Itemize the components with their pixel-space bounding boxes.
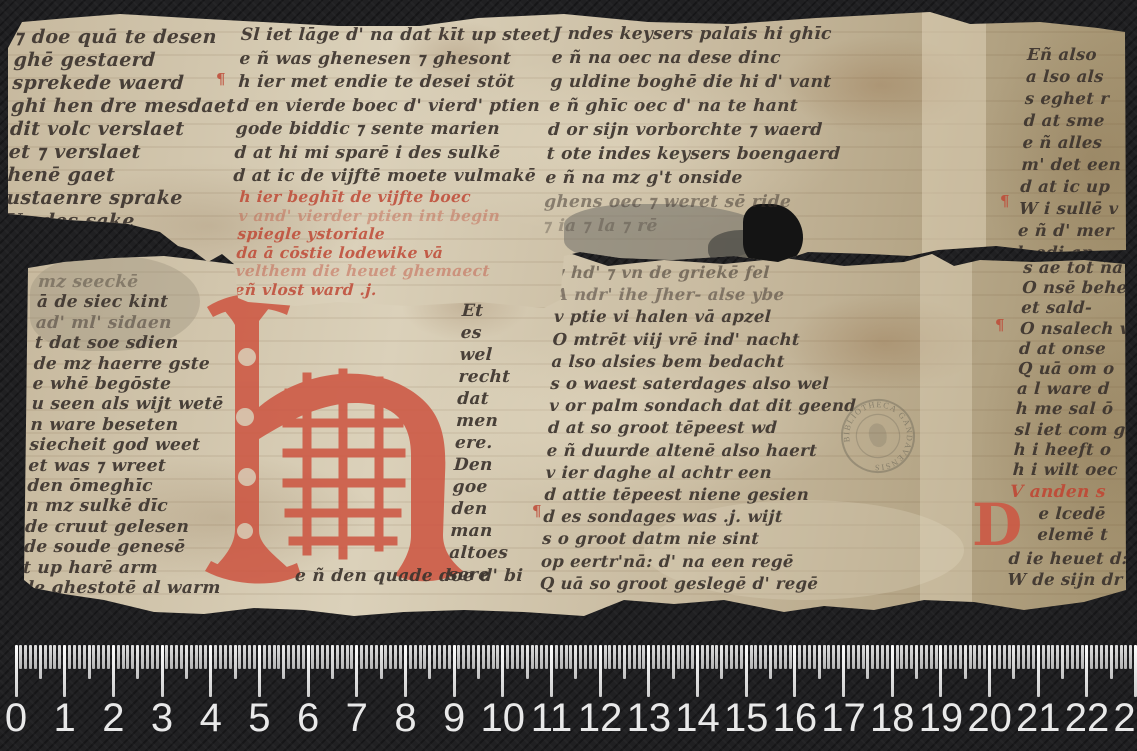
ruler-tick [638, 645, 641, 669]
text-line: h ier beghīt de vijfte boec [239, 188, 502, 207]
ruler-tick [735, 645, 738, 669]
ruler-number: 15 [724, 696, 769, 740]
ruler-tick [457, 645, 460, 669]
ruler-tick [126, 645, 129, 669]
text-line: d at sme [1023, 110, 1124, 132]
text-line: et ⁊ verslaet [8, 141, 234, 164]
ruler-tick [73, 645, 76, 669]
ruler-tick [589, 645, 592, 669]
ruler-tick [302, 645, 305, 669]
text-line: e ñ d' mer [1017, 220, 1118, 242]
ruler-tick [769, 645, 772, 679]
ruler-tick [740, 645, 743, 669]
ruler-tick [122, 645, 125, 669]
ruler-tick [594, 645, 597, 669]
text-line: d attie tēpeest niene gesien [544, 484, 852, 506]
ruler-tick [604, 645, 607, 669]
ruler-number: 18 [870, 696, 915, 740]
ruler-tick [978, 645, 981, 669]
ruler-tick [1076, 645, 1079, 669]
ruler-tick [837, 645, 840, 669]
text-line: t up harē arm [23, 558, 223, 578]
ruler-tick [29, 645, 32, 669]
text-line: e lcedē [1038, 503, 1110, 524]
ruler-tick [993, 645, 996, 669]
ruler-tick [234, 645, 237, 679]
ruler-tick [97, 645, 100, 669]
ruler-tick [672, 645, 675, 679]
text-line: v and' vierder ptien int begin [238, 207, 501, 226]
ruler-tick [199, 645, 202, 669]
ruler-tick [535, 645, 538, 669]
ruler-tick [350, 645, 353, 669]
ruler-tick [930, 645, 933, 669]
ruler-tick [618, 645, 621, 669]
ruler-tick [394, 645, 397, 669]
text-line: e ñ duurde altenē also haert [546, 440, 854, 462]
ruler-tick [438, 645, 441, 669]
ruler-tick [944, 645, 947, 669]
ruler-tick [112, 645, 115, 697]
ruler-tick [370, 645, 373, 669]
ruler-tick [253, 645, 256, 669]
ruler-tick [224, 645, 227, 669]
paraph-mark: ¶ [995, 316, 1005, 334]
ruler-tick [1017, 645, 1020, 669]
ruler-tick [277, 645, 280, 669]
rubric-line: V anden s [1009, 482, 1106, 502]
text-line: den [451, 498, 511, 520]
text-line: g uldine boghē die hi d' vant [550, 70, 845, 94]
ruler-tick [428, 645, 431, 679]
text-line: man [450, 520, 510, 542]
ruler-tick [706, 645, 709, 669]
ruler-tick [419, 645, 422, 669]
ruler-tick [1115, 645, 1118, 669]
ruler-tick [263, 645, 266, 669]
ruler-tick [175, 645, 178, 669]
ruler-tick [569, 645, 572, 669]
ruler-tick [842, 645, 845, 697]
ruler-tick [414, 645, 417, 669]
text-line: s o waest saterdages also wel [550, 373, 858, 395]
ruler-tick [53, 645, 56, 669]
text-line: Q uā om o [1017, 359, 1129, 379]
ruler-number: 1 [54, 696, 76, 740]
ruler-tick [346, 645, 349, 669]
ruler-tick [964, 645, 967, 679]
ruler-tick [156, 645, 159, 669]
text-column-after-initial: e lcedēelemē t [1037, 503, 1110, 545]
text-line: henē gaet [7, 164, 233, 187]
ruler-tick [467, 645, 470, 669]
ruler-tick [1090, 645, 1093, 669]
ruler-tick [214, 645, 217, 669]
ruler-number: 20 [967, 696, 1012, 740]
ruler-tick [1042, 645, 1045, 669]
ruler-tick [1100, 645, 1103, 669]
ruler-tick [1120, 645, 1123, 669]
ruler-tick [759, 645, 762, 669]
ruler-tick [1003, 645, 1006, 669]
ruler-tick [711, 645, 714, 669]
ruler-tick [102, 645, 105, 669]
ruler-tick [68, 645, 71, 669]
ruler-tick [238, 645, 241, 669]
text-line: d en vierde boec d' vierd' ptien [236, 95, 547, 119]
ruler-number: 7 [346, 696, 368, 740]
text-line: op eertr'nā: d' na een regē [540, 551, 848, 573]
ruler-tick [146, 645, 149, 669]
ruler-tick [560, 645, 563, 669]
text-line: e ñ na mz g't onside [545, 166, 840, 190]
ruler-tick [900, 645, 903, 669]
text-column-top-right: Eñ alsoa lso alss eghet rd at smee ñ all… [1016, 44, 1127, 264]
ruler-tick [1022, 645, 1025, 669]
text-line: spiegle ystoriale [237, 225, 500, 244]
ruler-tick [1012, 645, 1015, 679]
ruler-tick [258, 645, 261, 697]
ruler-tick [857, 645, 860, 669]
ruler-tick [151, 645, 154, 669]
text-line: altoes [449, 542, 509, 564]
ruler-tick [204, 645, 207, 669]
ruler-tick [935, 645, 938, 669]
ruler-tick [774, 645, 777, 669]
ruler-tick [613, 645, 616, 669]
text-line: s ae tot ña [1023, 258, 1135, 278]
ruler-number: 14 [675, 696, 720, 740]
ruler-tick [579, 645, 582, 669]
text-line: da ā cōstie lodewike vā [236, 244, 499, 263]
text-line: v ier daghe al achtr een [545, 462, 853, 484]
ruler-tick [720, 645, 723, 679]
ruler-tick [311, 645, 314, 669]
ruler-tick [599, 645, 602, 697]
ruler-number: 17 [821, 696, 866, 740]
text-line: Q uā so groot geslegē d' regē [539, 573, 847, 595]
ruler-tick [1129, 645, 1132, 669]
ruler-tick [526, 645, 529, 679]
ruler-tick [988, 645, 991, 697]
ruler-tick [282, 645, 285, 679]
ruler-tick [141, 645, 144, 669]
ruler-tick [779, 645, 782, 669]
ruler-tick [652, 645, 655, 669]
ruler-tick [1032, 645, 1035, 669]
ruler-tick [550, 645, 553, 697]
ruler-tick [998, 645, 1001, 669]
ruler-tick [375, 645, 378, 669]
ruler-tick [1071, 645, 1074, 669]
ruler-number: 21 [1016, 696, 1061, 740]
ruler-tick [677, 645, 680, 669]
ruler-tick [715, 645, 718, 669]
text-line: O nsalech v [1020, 319, 1132, 339]
text-line: Den [453, 454, 513, 476]
text-line: s o groot datm nie sint [542, 528, 850, 550]
ruler-tick [243, 645, 246, 669]
ruler-number: 2 [102, 696, 124, 740]
ruler-tick [433, 645, 436, 669]
ruler-tick [1027, 645, 1030, 669]
ruler-tick [789, 645, 792, 669]
text-line: v or palm sondach dat dit geend [549, 395, 857, 417]
ruler-tick [725, 645, 728, 669]
ruler-tick [336, 645, 339, 669]
ruler-tick [49, 645, 52, 669]
ruler-tick [565, 645, 568, 669]
ruler-tick [83, 645, 86, 669]
ruler-tick [803, 645, 806, 669]
text-line: e ñ was ghenesen ⁊ ghesont [239, 48, 550, 72]
text-line: et sald- [1021, 298, 1133, 318]
text-line: eñ vlost ward .j. [234, 281, 497, 300]
text-line: h i heeft o [1013, 440, 1125, 460]
ruler-tick [793, 645, 796, 697]
ruler-tick [891, 645, 894, 697]
ruler-tick [229, 645, 232, 669]
ruler-tick [881, 645, 884, 669]
ruler-tick [1066, 645, 1069, 669]
ruler-tick [448, 645, 451, 669]
ruler-tick [633, 645, 636, 669]
text-line: velthem die heuet ghemaect [235, 262, 498, 281]
illuminated-initial-d: D [972, 496, 1022, 554]
ruler-tick [1037, 645, 1040, 697]
text-line: elemē t [1037, 524, 1109, 545]
ruler-tick [896, 645, 899, 669]
text-line: men [456, 410, 516, 432]
ruler-tick [78, 645, 81, 669]
ruler-tick [107, 645, 110, 669]
ruler-tick [472, 645, 475, 669]
ruler-tick [384, 645, 387, 669]
ruler: 01234567891011121314151617181920212223 [0, 640, 1137, 751]
text-line: ⁊ hd' ⁊ vn de griekē fel [556, 262, 864, 284]
ruler-tick [662, 645, 665, 669]
ruler-tick [15, 645, 18, 697]
ruler-tick [642, 645, 645, 669]
text-line: ghens oec ⁊ weret sē ride [544, 190, 839, 214]
ruler-tick [331, 645, 334, 679]
ruler-tick [852, 645, 855, 669]
text-line: de ghestotē al warm [21, 578, 221, 598]
ruler-tick [1081, 645, 1084, 669]
ruler-tick [1110, 645, 1113, 679]
text-line: d at hi mi sparē i des sulkē [234, 142, 545, 166]
text-line: ghi hen dre mesdaet [11, 95, 237, 118]
ruler-tick [423, 645, 426, 669]
text-line: d at ic de vijftē moete vulmakē [233, 165, 544, 189]
text-line: de soude genesē [24, 537, 224, 557]
text-line: h me sal ō [1015, 399, 1127, 419]
ruler-number: 8 [394, 696, 416, 740]
ruler-tick [219, 645, 222, 669]
text-line: h ier met endie te desei stöt [238, 71, 549, 95]
ruler-tick [545, 645, 548, 669]
text-line: gode biddic ⁊ sente marien [235, 118, 546, 142]
ruler-tick [462, 645, 465, 669]
ruler-tick [190, 645, 193, 669]
ruler-number: 0 [5, 696, 27, 740]
ruler-tick [365, 645, 368, 669]
paraph-mark: ¶ [532, 502, 542, 520]
ruler-tick [827, 645, 830, 669]
ruler-tick [292, 645, 295, 669]
text-line: ⁊ doe quā te desen [14, 26, 240, 49]
ruler-tick [745, 645, 748, 697]
ruler-tick [516, 645, 519, 669]
ruler-tick [482, 645, 485, 669]
ruler-tick [920, 645, 923, 669]
ruler-tick [647, 645, 650, 697]
text-line: s eghet r [1024, 88, 1125, 110]
ruler-tick [341, 645, 344, 669]
text-line: ere. [454, 432, 514, 454]
ruler-tick [949, 645, 952, 669]
library-stamp: BIBLIOTHECA GANDAVENSIS [831, 389, 926, 484]
ruler-tick [832, 645, 835, 669]
ruler-tick [905, 645, 908, 669]
ruler-tick [628, 645, 631, 669]
ruler-tick [117, 645, 120, 669]
fold-band [920, 250, 972, 622]
text-line: W de sijn dr [1007, 569, 1128, 590]
ruler-tick [165, 645, 168, 669]
text-column-top-mid-right: J ndes keysers palais hi ghīce ñ na oec … [542, 22, 847, 238]
ruler-tick [818, 645, 821, 679]
ruler-tick [1008, 645, 1011, 669]
text-line: m' det een [1021, 154, 1122, 176]
ruler-tick [248, 645, 251, 669]
text-column-top-left: ⁊ doe quā te desenghē gestaerdsprekede w… [5, 26, 240, 233]
text-line: h i wilt oec [1012, 460, 1124, 480]
ruler-tick [273, 645, 276, 669]
ruler-tick [754, 645, 757, 669]
ruler-tick [19, 645, 22, 669]
ruler-tick [355, 645, 358, 697]
ruler-tick [161, 645, 164, 697]
rubric-column: h ier beghīt de vijfte boecv and' vierde… [234, 188, 502, 299]
ruler-number: 19 [919, 696, 964, 740]
ruler-tick [730, 645, 733, 669]
ruler-tick [1105, 645, 1108, 669]
ruler-tick [287, 645, 290, 669]
ruler-tick [1047, 645, 1050, 669]
ruler-number: 23 [1113, 696, 1137, 740]
text-line: O nsē behe [1022, 278, 1134, 298]
ruler-tick [691, 645, 694, 669]
ruler-tick [798, 645, 801, 669]
manuscript-photograph: mz seeckēā de siec kintad' ml' sidaent d… [0, 0, 1137, 751]
ruler-tick [686, 645, 689, 669]
ruler-tick [784, 645, 787, 669]
text-line: sprekede waerd [12, 72, 238, 95]
ruler-tick [910, 645, 913, 669]
ruler-tick [866, 645, 869, 679]
ruler-tick [1095, 645, 1098, 669]
ruler-tick [380, 645, 383, 679]
text-line: recht [458, 366, 518, 388]
text-line: Sl iet lāge d' na dat kīt up steet [240, 24, 551, 48]
ruler-tick [847, 645, 850, 669]
ruler-tick [24, 645, 27, 669]
ruler-tick [399, 645, 402, 669]
paraph-mark: ¶ [216, 70, 226, 88]
ruler-number: 13 [627, 696, 672, 740]
text-column-bottom-right: s ae tot ñaO nsē beheet sald-O nsalech v… [1012, 258, 1134, 480]
ruler-tick [185, 645, 188, 679]
ruler-tick [389, 645, 392, 669]
text-line: v ptie vi halen vā apzel [553, 306, 861, 328]
ruler-tick [667, 645, 670, 669]
ruler-tick [506, 645, 509, 669]
paraph-mark: ¶ [1000, 192, 1010, 210]
text-column-bottom-right-end: d ie heuet d:W de sijn dr [1007, 548, 1129, 590]
ruler-tick [983, 645, 986, 669]
ruler-tick [1051, 645, 1054, 669]
text-line: ustaenre sprake [6, 187, 232, 210]
text-line-below-initial: e ñ den quade doe d' bi [294, 565, 523, 587]
ruler-tick [608, 645, 611, 669]
text-line: dat [457, 388, 517, 410]
ruler-tick [477, 645, 480, 679]
text-line: d es sondages was .j. wijt [543, 506, 851, 528]
ruler-tick [939, 645, 942, 697]
ruler-tick [584, 645, 587, 669]
ruler-number: 12 [578, 696, 623, 740]
ruler-tick [813, 645, 816, 669]
text-line: W i sullē v [1019, 198, 1120, 220]
text-line: J ndes keysers palais hi ghīc [552, 22, 847, 46]
ruler-tick [404, 645, 407, 697]
text-line: a lso alsies bem bedacht [551, 351, 859, 373]
ruler-tick [531, 645, 534, 669]
ruler-tick [409, 645, 412, 669]
text-line: sl iet com g [1014, 420, 1126, 440]
ruler-tick [170, 645, 173, 669]
text-line: d at onse [1019, 339, 1131, 359]
ruler-tick [492, 645, 495, 669]
ruler-tick [862, 645, 865, 669]
ruler-tick [34, 645, 37, 669]
ruler-number: 22 [1065, 696, 1110, 740]
ruler-tick [92, 645, 95, 669]
text-line: d at so groot tēpeest wd [547, 417, 855, 439]
ruler-tick [750, 645, 753, 669]
ruler-tick [511, 645, 514, 669]
text-line: a lso als [1025, 66, 1126, 88]
ruler-number: 3 [151, 696, 173, 740]
ruler-tick [44, 645, 47, 669]
ruler-tick [307, 645, 310, 697]
ruler-tick [443, 645, 446, 669]
text-line: dit volc verslaet [9, 118, 235, 141]
text-line: d ie heuet d: [1008, 548, 1129, 569]
ruler-tick [696, 645, 699, 697]
text-line: e ñ na oec na dese dinc [551, 46, 846, 70]
ruler-tick [823, 645, 826, 669]
parchment-strip-bottom: mz seeckēā de siec kintad' ml' sidaent d… [24, 250, 1126, 622]
ruler-tick [297, 645, 300, 669]
ruler-tick [209, 645, 212, 697]
ruler-number: 4 [200, 696, 222, 740]
ruler-number: 6 [297, 696, 319, 740]
ruler-tick [268, 645, 271, 669]
text-line: wel [459, 344, 519, 366]
ruler-tick [63, 645, 66, 697]
